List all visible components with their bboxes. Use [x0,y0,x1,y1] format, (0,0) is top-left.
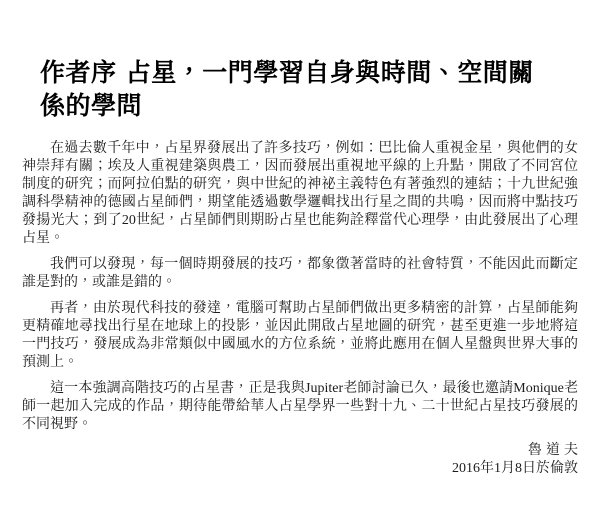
paragraph-3: 再者，由於現代科技的發達，電腦可幫助占星師們做出更多精密的計算，占星師能夠更精確… [22,300,578,372]
signature-block: 魯道夫 2016年1月8日於倫敦 [0,442,602,478]
document-page: 作者序 占星，一門學習自身與時間、空間關係的學問 在過去數千年中，占星界發展出了… [0,0,602,516]
document-title: 作者序 占星，一門學習自身與時間、空間關係的學問 [40,56,542,122]
author-name: 魯道夫 [22,442,582,460]
paragraph-2: 我們可以發現，每一個時期發展的技巧，都象徵著當時的社會特質，不能因此而斷定誰是對… [22,256,578,292]
paragraph-1: 在過去數千年中，占星界發展出了許多技巧，例如：巴比倫人重視金星，與他們的女神崇拜… [22,140,578,248]
signature-date-place: 2016年1月8日於倫敦 [22,460,578,478]
document-body: 在過去數千年中，占星界發展出了許多技巧，例如：巴比倫人重視金星，與他們的女神崇拜… [0,140,602,434]
paragraph-4: 這一本強調高階技巧的占星書，正是我與Jupiter老師討論已久，最後也邀請Mon… [22,380,578,434]
